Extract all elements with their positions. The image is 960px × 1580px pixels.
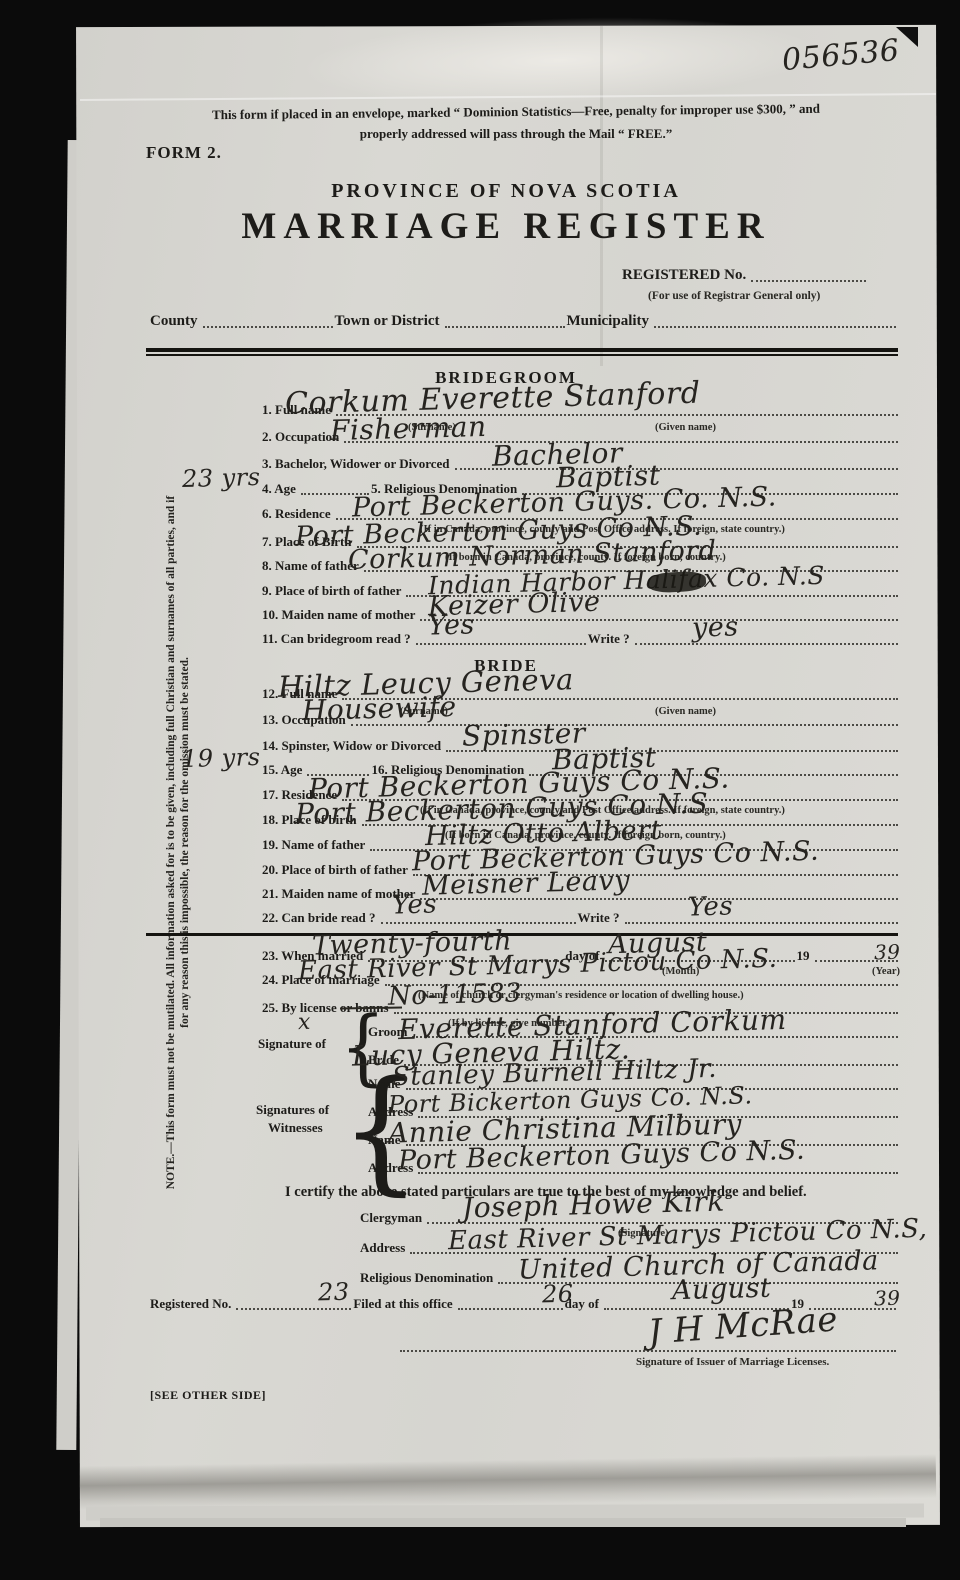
bride-read-label: Can bride read ?	[282, 910, 376, 925]
hw-clergyman-signature: Joseph Howe Kirk	[462, 1185, 726, 1225]
municipality-label: Municipality	[567, 313, 650, 330]
town-district-label: Town or District	[335, 313, 440, 330]
dotted-line	[203, 324, 333, 328]
father-birthplace-bride-label: Place of birth of father	[282, 862, 408, 877]
field-no: 20.	[262, 862, 278, 877]
witnesses-label-2: Witnesses	[268, 1120, 323, 1136]
field-no: 15.	[262, 762, 278, 777]
hw-bride-age: 19 yrs	[182, 743, 261, 773]
field-no: 19.	[262, 837, 278, 852]
section-rule	[146, 348, 898, 352]
hw-groom-age: 23 yrs	[182, 463, 261, 493]
field-no: 25.	[262, 1000, 278, 1015]
hw-registered-no: 23	[318, 1278, 350, 1307]
father-birthplace-groom-label: Place of birth of father	[275, 583, 401, 598]
signature-of-label: Signature of	[258, 1036, 326, 1052]
spinster-label: Spinster, Widow or Divorced	[282, 738, 442, 753]
denomination-label: Religious Denomination	[360, 1270, 493, 1286]
dotted-line	[445, 324, 565, 328]
mother-name-groom-label: Maiden name of mother	[282, 607, 416, 622]
registered-no-label: REGISTERED No.	[622, 267, 746, 284]
field-no: 3.	[262, 456, 272, 471]
field-no: 7.	[262, 534, 272, 549]
father-name-bride-label: Name of father	[282, 837, 366, 852]
field-no: 23.	[262, 948, 278, 963]
section-rule-2	[146, 933, 898, 936]
hw-bride-read: Yes	[392, 889, 438, 920]
field-no: 2.	[262, 429, 272, 444]
hw-filed-year: 39	[874, 1286, 901, 1311]
bachelor-label: Bachelor, Widower or Divorced	[275, 456, 450, 471]
paper-corner-fold	[896, 27, 918, 47]
hw-license-number: No-11583	[388, 978, 523, 1011]
groom-read-label: Can bridegroom read ?	[281, 631, 411, 646]
field-no: 1.	[262, 402, 272, 417]
margin-note: NOTE.—This form must not be mutilated. A…	[164, 495, 192, 1190]
mail-note-line2: properly addressed will pass through the…	[196, 126, 836, 142]
province-heading: PROVINCE OF NOVA SCOTIA	[156, 180, 856, 203]
page-title: MARRIAGE REGISTER	[156, 205, 856, 248]
field-no: 24.	[262, 972, 278, 987]
field-no: 9.	[262, 583, 272, 598]
county-label: County	[150, 313, 198, 330]
field-no: 14.	[262, 738, 278, 753]
scanned-document: 056536 This form if placed in an envelop…	[0, 0, 960, 1580]
residence-groom-label: Residence	[275, 506, 331, 521]
hw-married-year: 39	[874, 940, 901, 965]
field-no: 12.	[262, 686, 278, 701]
dotted-line	[654, 324, 896, 328]
dotted-line	[751, 278, 866, 282]
filed-label: Filed at this office	[353, 1296, 452, 1312]
hw-groom-occupation: Fisherman	[330, 410, 487, 447]
paper-stack-edge-2	[100, 1518, 906, 1527]
dotted-line	[236, 1306, 351, 1310]
field-no: 11.	[262, 631, 278, 646]
field-no: 8.	[262, 558, 272, 573]
clergyman-address-label: Address	[360, 1240, 405, 1256]
form-number-label: FORM 2.	[146, 143, 222, 163]
dotted-line	[400, 1348, 896, 1352]
hw-groom-write: yes	[692, 611, 739, 643]
father-name-groom-label: Name of father	[275, 558, 359, 573]
hw-filed-month: August	[672, 1273, 772, 1307]
field-no: 22.	[262, 910, 278, 925]
clergyman-label: Clergyman	[360, 1210, 422, 1226]
hw-bride-occupation: Housewife	[302, 690, 457, 727]
field-no: 13.	[262, 712, 278, 727]
age-groom-label: Age	[274, 481, 296, 496]
bride-write-label: Write ?	[578, 910, 620, 926]
issuer-signature-label: Signature of Issuer of Marriage Licenses…	[636, 1356, 829, 1368]
field-no: 6.	[262, 506, 272, 521]
registrar-only-note: (For use of Registrar General only)	[648, 290, 820, 302]
groom-write-label: Write ?	[588, 631, 630, 647]
field-no: 18.	[262, 812, 278, 827]
year-prefix: 19	[797, 948, 810, 964]
hw-filed-day: 26	[542, 1280, 574, 1309]
field-no: 10.	[262, 607, 278, 622]
registered-no-footer-label: Registered No.	[150, 1296, 231, 1312]
section-rule-thin	[146, 354, 898, 356]
hw-bride-mother: Meisner Leavy	[422, 865, 631, 901]
field-no: 17.	[262, 787, 278, 802]
hw-bride-write: Yes	[688, 891, 734, 922]
dotted-line	[625, 920, 898, 924]
age-bride-label: Age	[281, 762, 303, 777]
dotted-line	[416, 641, 586, 645]
field-no: 4.	[262, 481, 272, 496]
witnesses-label-1: Signatures of	[256, 1102, 329, 1118]
field-no: 21.	[262, 886, 278, 901]
hw-x-mark: x	[298, 1010, 312, 1035]
hw-groom-read: Yes	[428, 609, 476, 641]
dotted-line	[381, 920, 576, 924]
dotted-line	[635, 641, 898, 645]
see-other-side-note: [SEE OTHER SIDE]	[150, 1388, 266, 1403]
